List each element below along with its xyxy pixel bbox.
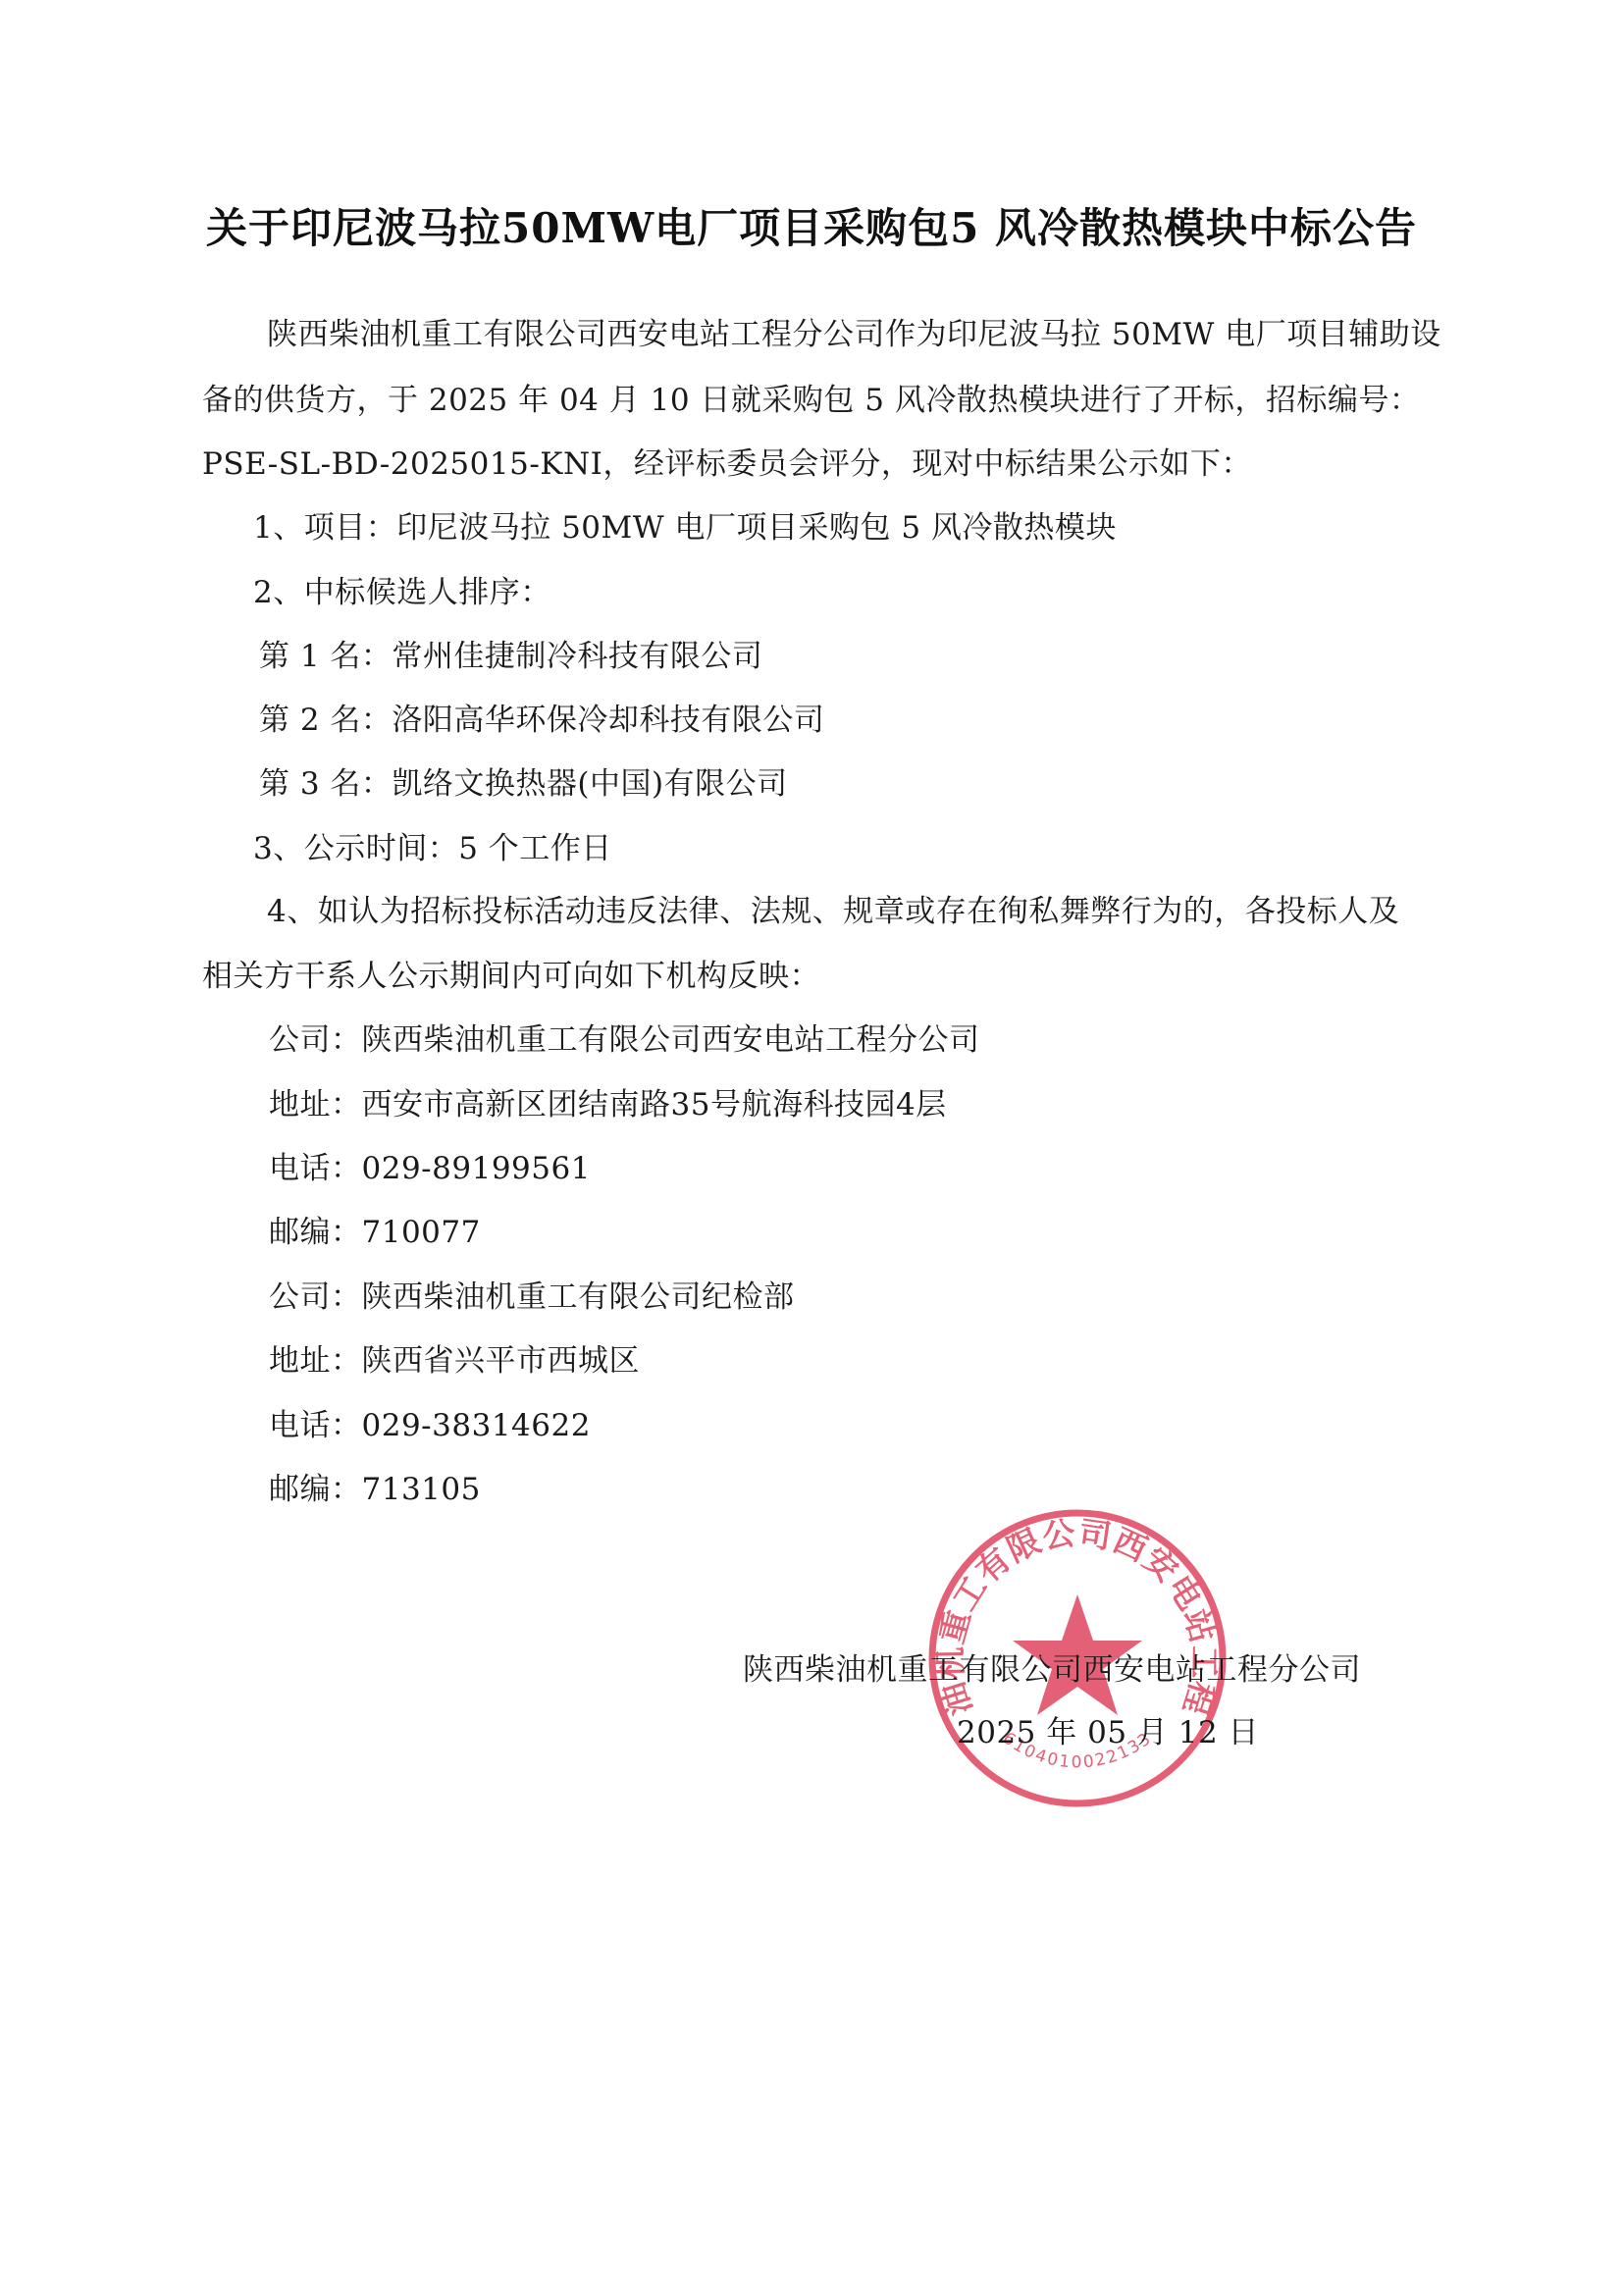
- contact-2-phone: 电话：029-38314622: [269, 1400, 591, 1444]
- contact-1-phone: 电话：029-89199561: [269, 1143, 591, 1187]
- document-title: 关于印尼波马拉50MW电厂项目采购包5 风冷散热模块中标公告: [0, 196, 1623, 255]
- ranking-heading: 2、中标候选人排序：: [253, 567, 551, 611]
- ranking-first: 第 1 名：常州佳捷制冷科技有限公司: [259, 631, 762, 675]
- contact-2-postcode: 邮编：713105: [269, 1464, 481, 1508]
- contact-2-address: 地址：陕西省兴平市西城区: [269, 1335, 640, 1380]
- intro-paragraph-line-2: 备的供货方，于 2025 年 04 月 10 日就采购包 5 风冷散热模块进行了…: [202, 375, 1420, 419]
- complaint-line-1: 4、如认为招标投标活动违反法律、法规、规章或存在徇私舞弊行为的，各投标人及: [267, 886, 1399, 930]
- complaint-line-2: 相关方干系人公示期间内可向如下机构反映：: [202, 951, 820, 995]
- intro-paragraph-line-3: PSE-SL-BD-2025015-KNI，经评标委员会评分，现对中标结果公示如…: [202, 439, 1252, 483]
- contact-2-company: 公司：陕西柴油机重工有限公司纪检部: [269, 1272, 795, 1316]
- announcement-page: 关于印尼波马拉50MW电厂项目采购包5 风冷散热模块中标公告 陕西柴油机重工有限…: [0, 0, 1623, 2296]
- project-item: 1、项目：印尼波马拉 50MW 电厂项目采购包 5 风冷散热模块: [253, 502, 1117, 547]
- publicity-period: 3、公示时间：5 个工作日: [253, 823, 612, 867]
- contact-1-company: 公司：陕西柴油机重工有限公司西安电站工程分公司: [269, 1015, 980, 1059]
- contact-1-address: 地址：西安市高新区团结南路35号航海科技园4层: [269, 1079, 947, 1123]
- ranking-second: 第 2 名：洛阳高华环保冷却科技有限公司: [259, 695, 824, 739]
- signature-date: 2025 年 05 月 12 日: [957, 1707, 1259, 1751]
- ranking-third: 第 3 名：凯络文换热器(中国)有限公司: [259, 758, 788, 803]
- signature-organization: 陕西柴油机重工有限公司西安电站工程分公司: [743, 1644, 1361, 1689]
- intro-paragraph-line-1: 陕西柴油机重工有限公司西安电站工程分公司作为印尼波马拉 50MW 电厂项目辅助设: [267, 309, 1441, 353]
- contact-1-postcode: 邮编：710077: [269, 1207, 481, 1251]
